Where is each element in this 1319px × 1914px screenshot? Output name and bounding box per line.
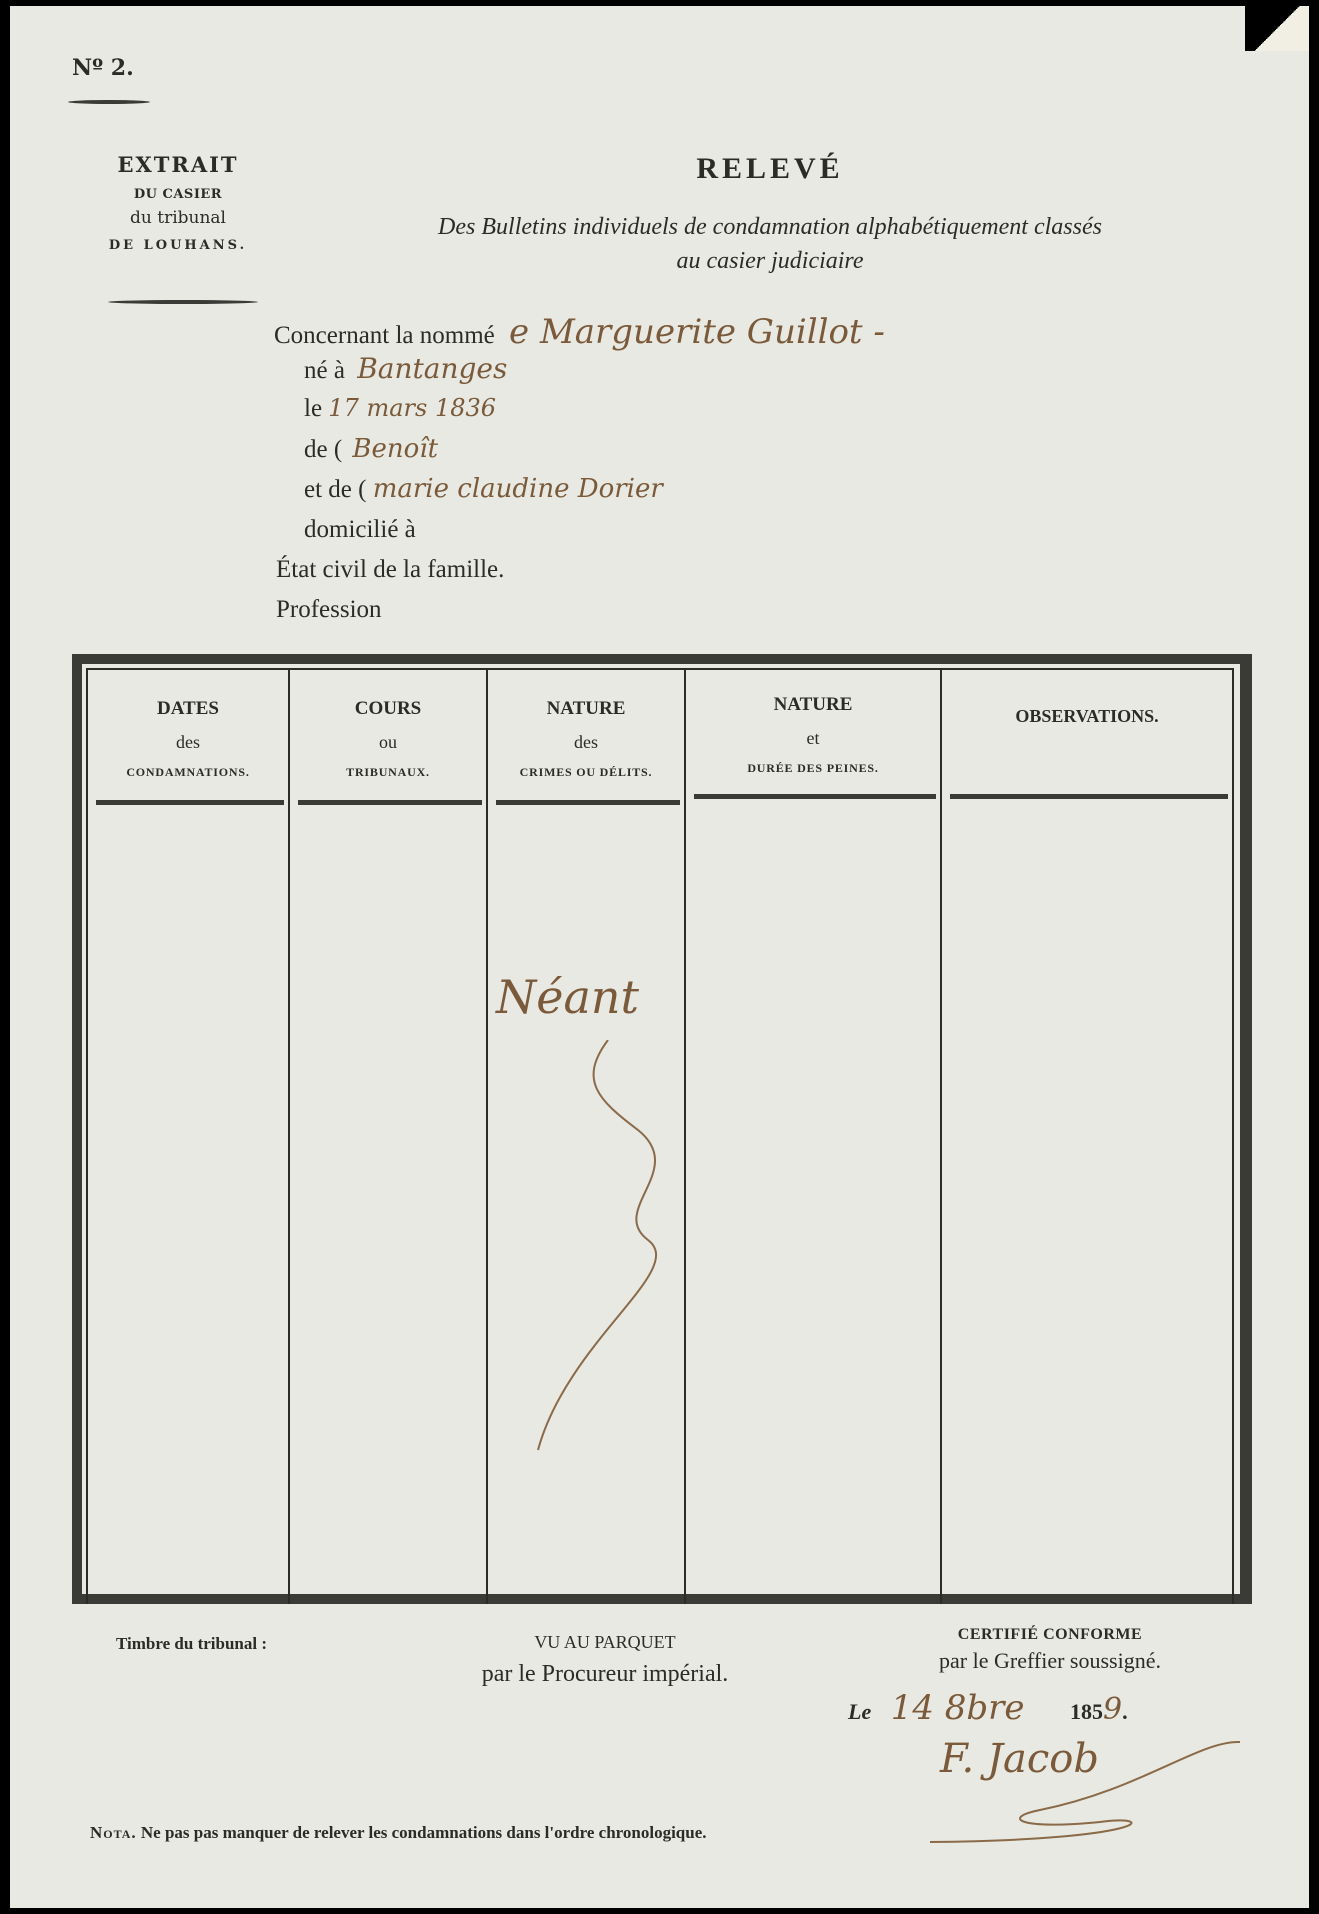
column-header: COURS <box>290 698 486 720</box>
column-subheader: et <box>686 728 940 749</box>
date-prefix: Le <box>848 1699 871 1724</box>
field-label: de ( <box>304 436 342 463</box>
header-rule <box>694 794 936 799</box>
field-handwritten-mother: marie claudine Dorier <box>373 474 663 504</box>
field-label: Concernant la nommé <box>274 322 495 349</box>
extract-line3: du tribunal <box>88 208 268 228</box>
field-domicile: domicilié à <box>304 516 416 544</box>
cert-line2: par le Greffier soussigné. <box>880 1648 1220 1674</box>
field-label: né à <box>304 357 345 384</box>
cert-line1: CERTIFIÉ CONFORME <box>880 1626 1220 1644</box>
column-header: NATURE <box>686 694 940 716</box>
nota-label: Nota. <box>90 1823 137 1842</box>
column-dates: DATES des CONDAMNATIONS. <box>88 670 290 1604</box>
field-mother: et de ( marie claudine Dorier <box>304 474 663 504</box>
subtitle: Des Bulletins individuels de condamnatio… <box>280 210 1260 278</box>
column-subheader: ou <box>290 732 486 753</box>
header-rule <box>950 794 1228 799</box>
header-rule <box>298 800 482 805</box>
column-nature-crimes: NATURE des CRIMES OU DÉLITS. Néant <box>488 670 686 1604</box>
column-caption: CONDAMNATIONS. <box>88 765 288 780</box>
field-concernant: Concernant la nommé e Marguerite Guillot… <box>274 312 885 352</box>
column-cours: COURS ou TRIBUNAUX. <box>290 670 488 1604</box>
column-header: NATURE <box>488 698 684 720</box>
nota-text: Ne pas pas manquer de relever les condam… <box>141 1823 707 1842</box>
extract-line4: DE LOUHANS. <box>88 238 268 253</box>
folded-corner <box>1245 6 1309 51</box>
document-number: Nº 2. <box>72 55 134 81</box>
ornament-rule <box>108 300 258 304</box>
header-rule <box>96 800 284 805</box>
field-handwritten-birthdate: 17 mars 1836 <box>328 394 496 422</box>
subtitle-line2: au casier judiciaire <box>280 244 1260 278</box>
field-etat-civil: État civil de la famille. <box>276 556 504 584</box>
field-handwritten-birthplace: Bantanges <box>357 352 507 385</box>
vu-line2: par le Procureur impérial. <box>420 1661 790 1688</box>
subtitle-line1: Des Bulletins individuels de condamnatio… <box>280 210 1260 244</box>
field-birthdate: le 17 mars 1836 <box>304 394 496 423</box>
column-observations: OBSERVATIONS. <box>942 670 1232 1604</box>
ornament-rule <box>68 100 150 104</box>
field-label: et de ( <box>304 476 366 503</box>
field-profession: Profession <box>276 596 382 624</box>
handwritten-strike-flourish <box>528 1040 688 1460</box>
convictions-table: DATES des CONDAMNATIONS. COURS ou TRIBUN… <box>72 654 1252 1604</box>
date-line: Le 14 8bre 1859. <box>848 1688 1128 1728</box>
field-birthplace: né à Bantanges <box>304 352 507 385</box>
column-caption: DURÉE DES PEINES. <box>686 761 940 776</box>
column-caption: CRIMES OU DÉLITS. <box>488 765 684 780</box>
year-handwritten: 9 <box>1103 1692 1122 1727</box>
page-title: RELEVÉ <box>560 152 980 186</box>
column-subheader: des <box>88 732 288 753</box>
extract-line2: DU CASIER <box>88 187 268 202</box>
handwritten-entry: Néant <box>496 970 639 1024</box>
year-printed: 185 <box>1070 1699 1103 1724</box>
signature-flourish <box>900 1730 1280 1850</box>
header-rule <box>496 800 680 805</box>
vu-line1: VU AU PARQUET <box>420 1632 790 1653</box>
column-header: OBSERVATIONS. <box>942 706 1232 727</box>
vu-au-parquet: VU AU PARQUET par le Procureur impérial. <box>420 1632 790 1688</box>
nota-line: Nota. Ne pas pas manquer de relever les … <box>90 1823 707 1843</box>
column-header: DATES <box>88 698 288 720</box>
extract-title: EXTRAIT <box>88 152 268 177</box>
date-handwritten: 14 8bre <box>891 1688 1025 1728</box>
field-handwritten-name: e Marguerite Guillot - <box>509 312 885 352</box>
column-subheader: des <box>488 732 684 753</box>
certifie-conforme: CERTIFIÉ CONFORME par le Greffier soussi… <box>880 1626 1220 1674</box>
field-label: le <box>304 395 322 422</box>
timbre-label: Timbre du tribunal : <box>116 1634 267 1654</box>
column-nature-peines: NATURE et DURÉE DES PEINES. <box>686 670 942 1604</box>
field-father: de ( Benoît <box>304 434 438 464</box>
extract-block: EXTRAIT DU CASIER du tribunal DE LOUHANS… <box>88 152 268 253</box>
field-handwritten-father: Benoît <box>352 434 438 464</box>
column-caption: TRIBUNAUX. <box>290 765 486 780</box>
